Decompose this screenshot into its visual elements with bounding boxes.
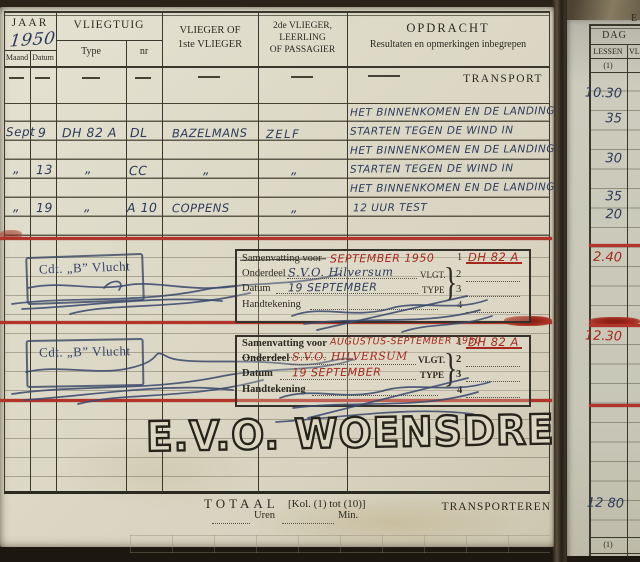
header-vlieger-1b: 1ste VLIEGER	[162, 39, 258, 50]
cell-vlieger: „	[203, 163, 210, 178]
form-onderdeel-label: Onderdeel	[242, 353, 289, 364]
transporteren-label: TRANSPORTEREN	[442, 501, 551, 513]
form-vlgt-label: VLGT.	[418, 355, 445, 365]
binding-top-wedge	[567, 0, 640, 21]
header-vlieger-2b: LEERLING	[258, 33, 347, 43]
flight-minutes: 35	[584, 189, 622, 205]
cell-nr: A 10	[127, 200, 158, 215]
cell-vlieger: BAZELMANS	[172, 126, 248, 141]
cell-datum: 13	[36, 162, 53, 177]
logbook-photo: JAAR 1950 Maand Datum VLIEGTUIG Type nr …	[0, 0, 640, 562]
red-smear	[0, 230, 22, 239]
header-vliegtuig: VLIEGTUIG	[56, 19, 162, 31]
vl-header: VL.	[629, 47, 640, 56]
cell-maand: Sept	[6, 125, 35, 139]
item-number-2: 2	[456, 269, 461, 280]
transport-hours-value: 10.30	[584, 86, 622, 102]
signature-summary-1	[282, 288, 497, 336]
cell-vlieger: COPPENS	[172, 201, 230, 216]
form-datum-label: Datum	[242, 283, 271, 294]
totaal-kol-label: [Kol. (1) tot (10)]	[288, 498, 366, 510]
header-vlieger-2c: OF PASSAGIER	[258, 45, 347, 55]
partial-header-char: E	[631, 13, 637, 24]
min-label: Min.	[338, 510, 358, 521]
cell-vlieger2: „	[291, 201, 298, 216]
flight-minutes: 20	[584, 207, 622, 223]
header-type: Type	[56, 46, 126, 57]
header-nr: nr	[126, 46, 162, 57]
summary-total-aug-sep: 12.30	[584, 329, 622, 345]
opdracht-line: 12 UUR TEST	[353, 202, 427, 215]
opdracht-line: STARTEN TEGEN DE WIND IN	[350, 162, 514, 175]
red-rule	[589, 404, 640, 407]
opdracht-line: HET BINNENKOMEN EN DE LANDING	[350, 105, 555, 119]
header-vlieger-1: VLIEGER OF	[162, 25, 258, 36]
form-vlgt-label: VLGT.	[420, 270, 446, 280]
red-rule	[0, 237, 552, 240]
header-opdracht-sub: Resultaten en opmerkingen inbegrepen	[347, 39, 549, 50]
cell-datum: 9	[38, 125, 47, 140]
red-underline	[466, 347, 522, 349]
transport-label: TRANSPORT	[463, 73, 543, 85]
flight-minutes: 30	[584, 151, 622, 167]
red-underline	[466, 262, 522, 264]
dotted-leader	[212, 514, 250, 524]
item-number-1: 1	[457, 252, 462, 263]
dotted-leader	[466, 357, 520, 367]
cell-vlieger2: ZELF	[266, 127, 300, 141]
red-rule	[589, 244, 640, 247]
opdracht-line: STARTEN TEGEN DE WIND IN	[350, 124, 514, 137]
lessen-header: LESSEN	[589, 47, 627, 56]
footer-column-number: (1)	[589, 540, 627, 549]
cell-type: „	[85, 162, 92, 177]
cell-nr: DL	[130, 125, 148, 140]
cell-maand: „	[13, 162, 20, 177]
cell-nr: CC	[129, 163, 148, 178]
dotted-leader	[466, 272, 520, 282]
header-datum: Datum	[30, 53, 56, 62]
page-binding-gap	[552, 0, 568, 562]
header-jaar: JAAR	[4, 17, 56, 29]
dotted-leader	[290, 355, 416, 365]
cell-type: „	[84, 200, 91, 215]
flight-minutes: 35	[584, 111, 622, 127]
header-maand: Maand	[4, 53, 30, 62]
cell-type: DH 82 A	[62, 125, 117, 140]
year-entry: 1950	[9, 28, 57, 51]
sum1-period: SEPTEMBER 1950	[330, 252, 434, 266]
header-vlieger-2: 2de VLIEGER,	[258, 21, 347, 31]
dotted-leader	[282, 514, 334, 524]
cell-vlieger2: „	[291, 163, 298, 178]
form-onderdeel-label: Onderdeel	[242, 268, 286, 279]
dag-header: DAG	[589, 30, 640, 41]
red-rule	[589, 324, 640, 327]
opdracht-line: HET BINNENKOMEN EN DE LANDING	[350, 181, 555, 195]
column-number: (1)	[589, 61, 627, 70]
summary-total-september: 2.40	[584, 250, 622, 266]
item-number-1: 1	[457, 337, 462, 348]
carry-forward-value: 12 80	[582, 495, 624, 511]
item-number-2: 2	[456, 354, 461, 365]
dotted-leader	[287, 269, 417, 279]
opdracht-line: HET BINNENKOMEN EN DE LANDING	[350, 143, 555, 157]
cell-datum: 19	[36, 200, 53, 215]
uren-label: Uren	[254, 510, 275, 521]
cell-maand: „	[13, 200, 20, 215]
header-opdracht: OPDRACHT	[347, 21, 549, 36]
